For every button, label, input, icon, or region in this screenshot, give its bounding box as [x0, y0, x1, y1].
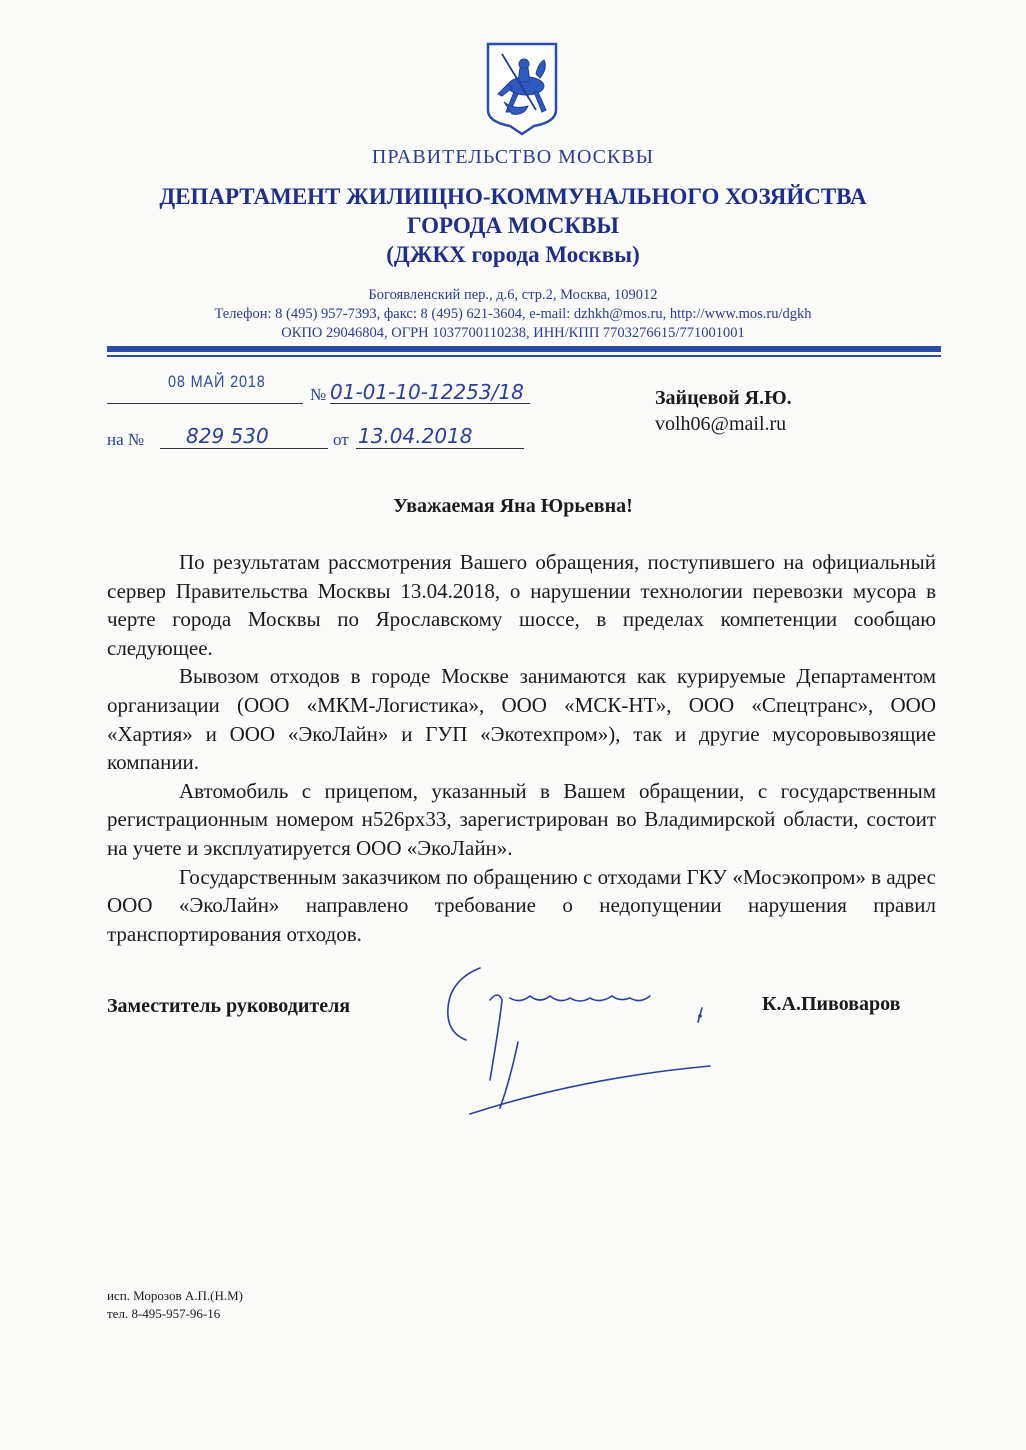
executor-name: исп. Морозов А.П.(Н.М) — [107, 1287, 243, 1305]
date-underline — [107, 403, 303, 404]
body-paragraph: По результатам рассмотрения Вашего обращ… — [107, 548, 936, 662]
letter-body: По результатам рассмотрения Вашего обращ… — [107, 548, 936, 948]
body-paragraph: Вывозом отходов в городе Москве занимают… — [107, 662, 936, 776]
handwritten-signature-icon — [440, 960, 730, 1120]
recipient-email: volh06@mail.ru — [655, 413, 786, 436]
body-paragraph: Автомобиль с прицепом, указанный в Вашем… — [107, 777, 936, 863]
department-address: Богоявленский пер., д.6, стр.2, Москва, … — [0, 286, 1026, 305]
recipient-name: Зайцевой Я.Ю. — [655, 387, 792, 410]
signatory-title: Заместитель руководителя — [107, 995, 350, 1018]
reply-to-number: 829 530 — [186, 424, 269, 448]
reply-number-underline — [160, 448, 328, 449]
from-label: от — [333, 430, 349, 450]
number-underline — [330, 403, 530, 404]
department-contacts: Телефон: 8 (495) 957-7393, факс: 8 (495)… — [0, 305, 1026, 324]
department-name-line2: ГОРОДА МОСКВЫ — [0, 213, 1026, 239]
moscow-coat-of-arms-icon — [484, 40, 560, 136]
government-title: ПРАВИТЕЛЬСТВО МОСКВЫ — [0, 146, 1026, 169]
reply-date-underline — [356, 448, 524, 449]
letterhead-divider-thin — [107, 355, 941, 357]
reply-to-date: 13.04.2018 — [358, 424, 473, 448]
department-registry-codes: ОКПО 29046804, ОГРН 1037700110238, ИНН/К… — [0, 324, 1026, 343]
reply-to-label: на № — [107, 430, 144, 450]
outgoing-number: 01-01-10-12253/18 — [330, 380, 524, 404]
executor-phone: тел. 8-495-957-96-16 — [107, 1305, 243, 1323]
letterhead-divider-thick — [107, 346, 941, 352]
salutation: Уважаемая Яна Юрьевна! — [0, 495, 1026, 518]
department-abbreviation: (ДЖКХ города Москвы) — [0, 242, 1026, 268]
number-label: № — [310, 385, 326, 405]
department-name-line1: ДЕПАРТАМЕНТ ЖИЛИЩНО-КОММУНАЛЬНОГО ХОЗЯЙС… — [0, 184, 1026, 210]
signatory-name: К.А.Пивоваров — [762, 993, 900, 1016]
executor-info: исп. Морозов А.П.(Н.М) тел. 8-495-957-96… — [107, 1287, 243, 1323]
body-paragraph: Государственным заказчиком по обращению … — [107, 863, 936, 949]
registration-date-stamp: 08 МАЙ 2018 — [168, 372, 266, 392]
